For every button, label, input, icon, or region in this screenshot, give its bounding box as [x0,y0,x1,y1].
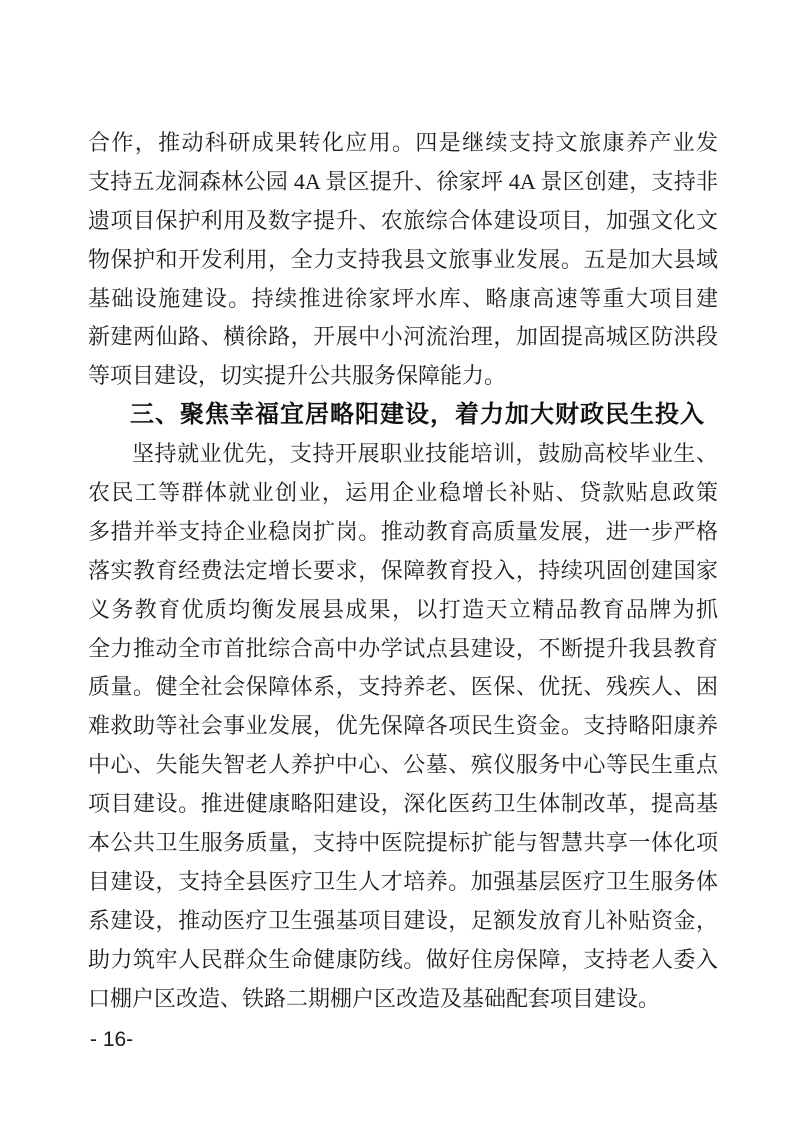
paragraph-line: 遗项目保护利用及数字提升、农旅综合体建设项目，加强文化文 [88,202,718,241]
paragraph-line: 义务教育优质均衡发展县成果，以打造天立精品教育品牌为抓手， [88,591,718,630]
paragraph-line: 本公共卫生服务质量，支持中医院提标扩能与智慧共享一体化项 [88,824,718,863]
paragraph-line: 合作，推动科研成果转化应用。四是继续支持文旅康养产业发展。 [88,124,718,163]
paragraph-line: 等项目建设，切实提升公共服务保障能力。 [88,357,718,396]
paragraph-line: 物保护和开发利用，全力支持我县文旅事业发展。五是加大县域 [88,241,718,280]
section-heading: 三、聚焦幸福宜居略阳建设，着力加大财政民生投入 [88,396,718,435]
paragraph-line: 质量。健全社会保障体系，支持养老、医保、优抚、残疾人、困 [88,668,718,707]
body-text: 合作，推动科研成果转化应用。四是继续支持文旅康养产业发展。 支持五龙洞森林公园 … [88,124,718,1018]
continuation-paragraph: 合作，推动科研成果转化应用。四是继续支持文旅康养产业发展。 支持五龙洞森林公园 … [88,124,718,396]
page-number: - 16- [90,1027,133,1053]
section-paragraph: 坚持就业优先，支持开展职业技能培训，鼓励高校毕业生、 农民工等群体就业创业，运用… [88,435,718,1018]
paragraph-line: 口棚户区改造、铁路二期棚户区改造及基础配套项目建设。 [88,980,718,1019]
paragraph-line: 坚持就业优先，支持开展职业技能培训，鼓励高校毕业生、 [88,435,718,474]
paragraph-line: 全力推动全市首批综合高中办学试点县建设，不断提升我县教育 [88,630,718,669]
paragraph-line: 助力筑牢人民群众生命健康防线。做好住房保障，支持老人委入 [88,941,718,980]
paragraph-line: 难救助等社会事业发展，优先保障各项民生资金。支持略阳康养 [88,707,718,746]
paragraph-line: 多措并举支持企业稳岗扩岗。推动教育高质量发展，进一步严格 [88,513,718,552]
paragraph-line: 基础设施建设。持续推进徐家坪水库、略康高速等重大项目建设， [88,280,718,319]
paragraph-line: 农民工等群体就业创业，运用企业稳增长补贴、贷款贴息政策等， [88,474,718,513]
paragraph-line: 目建设，支持全县医疗卫生人才培养。加强基层医疗卫生服务体 [88,863,718,902]
paragraph-line: 中心、失能失智老人养护中心、公墓、殡仪服务中心等民生重点 [88,746,718,785]
paragraph-line: 系建设，推动医疗卫生强基项目建设，足额发放育儿补贴资金， [88,902,718,941]
paragraph-line: 落实教育经费法定增长要求，保障教育投入，持续巩固创建国家 [88,552,718,591]
paragraph-line: 新建两仙路、横徐路，开展中小河流治理，加固提高城区防洪段 [88,318,718,357]
paragraph-line: 支持五龙洞森林公园 4A 景区提升、徐家坪 4A 景区创建，支持非 [88,163,718,202]
document-page: 合作，推动科研成果转化应用。四是继续支持文旅康养产业发展。 支持五龙洞森林公园 … [0,0,793,1122]
paragraph-line: 项目建设。推进健康略阳建设，深化医药卫生体制改革，提高基 [88,785,718,824]
